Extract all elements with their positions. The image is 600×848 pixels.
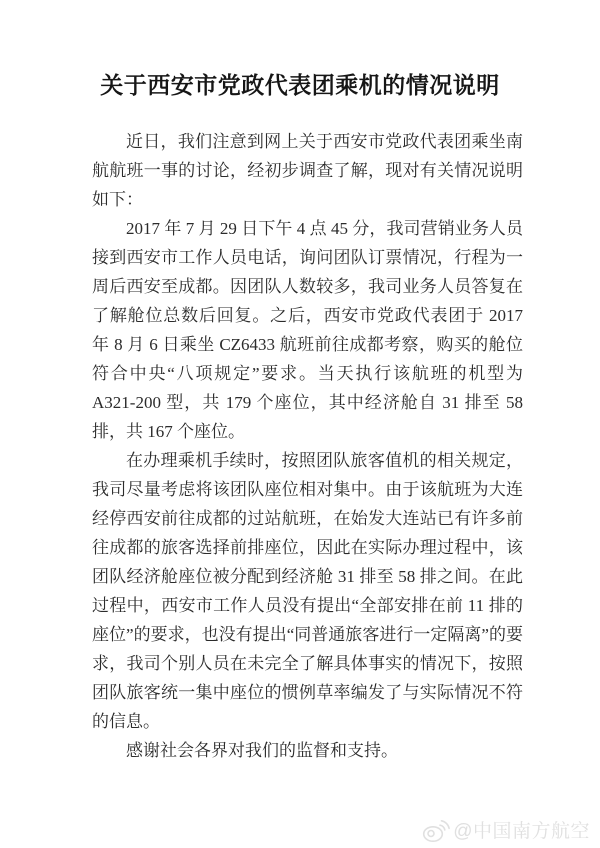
paragraph-intro: 近日，我们注意到网上关于西安市党政代表团乘坐南航航班一事的讨论，经初步调查了解，… [92, 127, 523, 214]
document-title: 关于西安市党政代表团乘机的情况说明 [0, 71, 600, 101]
paragraph-thanks: 感谢社会各界对我们的监督和支持。 [92, 736, 523, 765]
paragraph-booking-details: 2017 年 7 月 29 日下午 4 点 45 分，我司营销业务人员接到西安市… [92, 214, 523, 446]
weibo-watermark: @中国南方航空 [422, 816, 590, 843]
document-body: 近日，我们注意到网上关于西安市党政代表团乘坐南航航班一事的讨论，经初步调查了解，… [92, 127, 523, 765]
document-title-text: 关于西安市党政代表团乘机的情况说明 [100, 73, 500, 98]
watermark-handle: @中国南方航空 [453, 816, 590, 843]
paragraph-checkin-explanation: 在办理乘机手续时，按照团队旅客值机的相关规定，我司尽量考虑将该团队座位相对集中。… [92, 446, 523, 736]
document-page: 关于西安市党政代表团乘机的情况说明 近日，我们注意到网上关于西安市党政代表团乘坐… [0, 0, 600, 848]
weibo-icon [422, 817, 450, 843]
